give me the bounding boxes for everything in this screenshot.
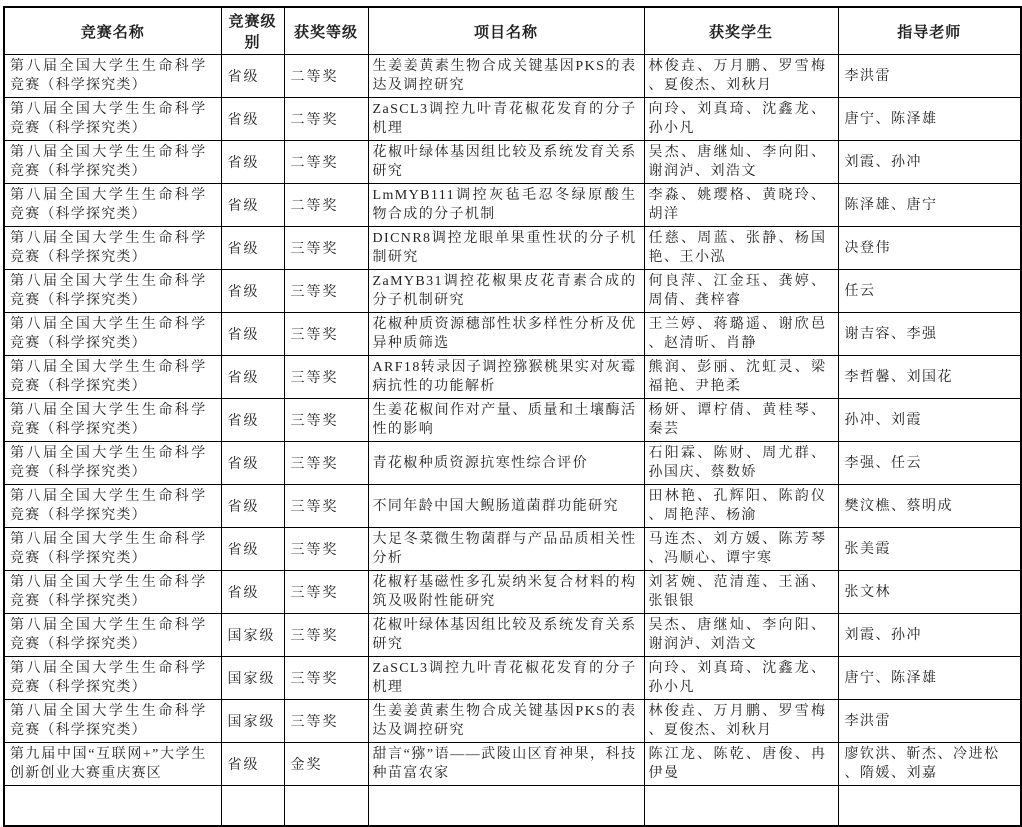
cell-teachers: 唐宁、陈泽雄 [838, 98, 1021, 141]
cell-project: ZaSCL3调控九叶青花椒花发育的分子机理 [368, 657, 644, 700]
cell-award: 三等奖 [284, 227, 368, 270]
cell-competition: 第八届全国大学生生命科学竞赛（科学探究类） [4, 442, 221, 485]
cell-level: 省级 [221, 98, 284, 141]
cell-students: 石阳霖、陈财、周尤群、孙国庆、蔡数娇 [644, 442, 838, 485]
column-header-award: 获奖等级 [284, 7, 368, 55]
cell-project: 不同年龄中国大鲵肠道菌群功能研究 [368, 485, 644, 528]
table-row: 第八届全国大学生生命科学竞赛（科学探究类）国家级三等奖生姜姜黄素生物合成关键基因… [4, 700, 1021, 728]
cell-level: 省级 [221, 184, 284, 227]
cell-students: 王兰婷、蒋璐遥、谢欣邑、赵清昕、肖静 [644, 313, 838, 356]
cell-students: 林俊垚、万月鹏、罗雪梅、夏俊杰、刘秋月 [644, 55, 838, 98]
table-row: 第八届全国大学生生命科学竞赛（科学探究类）省级三等奖青花椒种质资源抗寒性综合评价… [4, 442, 1021, 485]
table-row: 第八届全国大学生生命科学竞赛（科学探究类）省级三等奖不同年龄中国大鲵肠道菌群功能… [4, 485, 1021, 528]
cell-project: ZaSCL3调控九叶青花椒花发育的分子机理 [368, 98, 644, 141]
table-row: 第八届全国大学生生命科学竞赛（科学探究类）省级三等奖花椒种质资源穗部性状多样性分… [4, 313, 1021, 356]
cell-competition: 第八届全国大学生生命科学竞赛（科学探究类） [4, 356, 221, 399]
cell-award: 三等奖 [284, 485, 368, 528]
cell-competition: 第八届全国大学生生命科学竞赛（科学探究类） [4, 528, 221, 571]
cell-competition: 第八届全国大学生生命科学竞赛（科学探究类） [4, 614, 221, 657]
cell-award: 二等奖 [284, 55, 368, 98]
cell-level: 省级 [221, 485, 284, 528]
table-row: 第八届全国大学生生命科学竞赛（科学探究类）省级二等奖生姜姜黄素生物合成关键基因P… [4, 55, 1021, 98]
cell-project: 花椒籽基磁性多孔炭纳米复合材料的构筑及吸附性能研究 [368, 571, 644, 614]
table-header-row: 竞赛名称 竞赛级别 获奖等级 项目名称 获奖学生 指导老师 [4, 7, 1021, 55]
cell-level: 省级 [221, 571, 284, 614]
table-row: 第八届全国大学生生命科学竞赛（科学探究类）省级三等奖花椒籽基磁性多孔炭纳米复合材… [4, 571, 1021, 614]
cell-project: 花椒叶绿体基因组比较及系统发育关系研究 [368, 614, 644, 657]
cell-teachers: 决登伟 [838, 227, 1021, 270]
cell-students: 何良萍、江金珏、龚婷、周倩、龚梓睿 [644, 270, 838, 313]
table-row: 第八届全国大学生生命科学竞赛（科学探究类）国家级三等奖ZaSCL3调控九叶青花椒… [4, 657, 1021, 700]
cell-award: 三等奖 [284, 270, 368, 313]
cell-teachers: 李哲馨、刘国花 [838, 356, 1021, 399]
cell-award: 三等奖 [284, 356, 368, 399]
cell-project: 花椒叶绿体基因组比较及系统发育关系研究 [368, 141, 644, 184]
cell-award: 二等奖 [284, 141, 368, 184]
cell-teachers: 张文林 [838, 571, 1021, 614]
cell-teachers: 刘霞、孙冲 [838, 614, 1021, 657]
cell-award: 三等奖 [284, 700, 368, 728]
column-header-level: 竞赛级别 [221, 7, 284, 55]
cell-award: 三等奖 [284, 571, 368, 614]
cell-teachers: 李洪雷 [838, 55, 1021, 98]
cell-award: 二等奖 [284, 184, 368, 227]
cell-level: 省级 [221, 528, 284, 571]
cell-students: 吴杰、唐继灿、李向阳、谢润泸、刘浩文 [644, 614, 838, 657]
column-header-teachers: 指导老师 [838, 7, 1021, 55]
table-row: 第八届全国大学生生命科学竞赛（科学探究类）省级三等奖DICNR8调控龙眼单果重性… [4, 227, 1021, 270]
cell-teachers: 张美霞 [838, 528, 1021, 571]
cell-teachers: 任云 [838, 270, 1021, 313]
cell-award: 三等奖 [284, 528, 368, 571]
cell-competition: 第八届全国大学生生命科学竞赛（科学探究类） [4, 399, 221, 442]
cell-students: 刘茗婉、范清莲、王涵、张银银 [644, 571, 838, 614]
cell-teachers: 樊汶樵、蔡明成 [838, 485, 1021, 528]
cell-students: 林俊垚、万月鹏、罗雪梅、夏俊杰、刘秋月 [644, 700, 838, 728]
cell-teachers: 陈泽雄、唐宁 [838, 184, 1021, 227]
cell-students: 杨妍、谭柠倩、黄桂琴、秦芸 [644, 399, 838, 442]
cell-award: 三等奖 [284, 657, 368, 700]
cell-level: 省级 [221, 141, 284, 184]
cell-project: DICNR8调控龙眼单果重性状的分子机制研究 [368, 227, 644, 270]
table-row: 第八届全国大学生生命科学竞赛（科学探究类）省级三等奖生姜花椒间作对产量、质量和土… [4, 399, 1021, 442]
cell-project: 青花椒种质资源抗寒性综合评价 [368, 442, 644, 485]
cell-competition: 第八届全国大学生生命科学竞赛（科学探究类） [4, 485, 221, 528]
table-body: 第八届全国大学生生命科学竞赛（科学探究类）省级二等奖生姜姜黄素生物合成关键基因P… [4, 55, 1021, 728]
table-row: 第八届全国大学生生命科学竞赛（科学探究类）省级三等奖大足冬菜微生物菌群与产品品质… [4, 528, 1021, 571]
awards-table: 竞赛名称 竞赛级别 获奖等级 项目名称 获奖学生 指导老师 第八届全国大学生生命… [3, 6, 1022, 727]
table-row: 第八届全国大学生生命科学竞赛（科学探究类）省级三等奖ARF18转录因子调控猕猴桃… [4, 356, 1021, 399]
cell-award: 三等奖 [284, 614, 368, 657]
cell-students: 田林艳、孔辉阳、陈韵仪、周艳萍、杨渝 [644, 485, 838, 528]
cell-competition: 第八届全国大学生生命科学竞赛（科学探究类） [4, 141, 221, 184]
cell-teachers: 李洪雷 [838, 700, 1021, 728]
cell-competition: 第八届全国大学生生命科学竞赛（科学探究类） [4, 313, 221, 356]
table-row: 第八届全国大学生生命科学竞赛（科学探究类）省级二等奖LmMYB111调控灰毡毛忍… [4, 184, 1021, 227]
cell-teachers: 孙冲、刘霞 [838, 399, 1021, 442]
cell-project: 生姜花椒间作对产量、质量和土壤酶活性的影响 [368, 399, 644, 442]
cell-teachers: 谢吉容、李强 [838, 313, 1021, 356]
cell-competition: 第八届全国大学生生命科学竞赛（科学探究类） [4, 700, 221, 728]
cell-students: 马连杰、刘方媛、陈芳琴、冯顺心、谭宇寒 [644, 528, 838, 571]
table-row: 第八届全国大学生生命科学竞赛（科学探究类）省级二等奖花椒叶绿体基因组比较及系统发… [4, 141, 1021, 184]
cell-level: 国家级 [221, 700, 284, 728]
table-row: 第八届全国大学生生命科学竞赛（科学探究类）国家级三等奖花椒叶绿体基因组比较及系统… [4, 614, 1021, 657]
cell-students: 吴杰、唐继灿、李向阳、谢润泸、刘浩文 [644, 141, 838, 184]
column-header-project: 项目名称 [368, 7, 644, 55]
cell-competition: 第八届全国大学生生命科学竞赛（科学探究类） [4, 55, 221, 98]
cell-level: 省级 [221, 227, 284, 270]
cell-students: 李淼、姚璎格、黄晓玲、胡洋 [644, 184, 838, 227]
cell-level: 省级 [221, 313, 284, 356]
cell-level: 国家级 [221, 657, 284, 700]
cell-project: LmMYB111调控灰毡毛忍冬绿原酸生物合成的分子机制 [368, 184, 644, 227]
cell-students: 任慈、周蓝、张静、杨国艳、王小泓 [644, 227, 838, 270]
cell-project: ZaMYB31调控花椒果皮花青素合成的分子机制研究 [368, 270, 644, 313]
cell-competition: 第八届全国大学生生命科学竞赛（科学探究类） [4, 184, 221, 227]
cell-level: 省级 [221, 442, 284, 485]
cell-competition: 第八届全国大学生生命科学竞赛（科学探究类） [4, 571, 221, 614]
cell-level: 国家级 [221, 614, 284, 657]
column-header-students: 获奖学生 [644, 7, 838, 55]
column-header-competition: 竞赛名称 [4, 7, 221, 55]
cell-competition: 第八届全国大学生生命科学竞赛（科学探究类） [4, 270, 221, 313]
cell-teachers: 刘霞、孙冲 [838, 141, 1021, 184]
cell-project: 花椒种质资源穗部性状多样性分析及优异种质筛选 [368, 313, 644, 356]
cell-project: 生姜姜黄素生物合成关键基因PKS的表达及调控研究 [368, 55, 644, 98]
cell-teachers: 李强、任云 [838, 442, 1021, 485]
table-row: 第八届全国大学生生命科学竞赛（科学探究类）省级二等奖ZaSCL3调控九叶青花椒花… [4, 98, 1021, 141]
cell-award: 三等奖 [284, 399, 368, 442]
cell-award: 二等奖 [284, 98, 368, 141]
cell-level: 省级 [221, 399, 284, 442]
cell-competition: 第八届全国大学生生命科学竞赛（科学探究类） [4, 98, 221, 141]
cell-level: 省级 [221, 55, 284, 98]
table-row: 第八届全国大学生生命科学竞赛（科学探究类）省级三等奖ZaMYB31调控花椒果皮花… [4, 270, 1021, 313]
cell-award: 三等奖 [284, 442, 368, 485]
cell-award: 三等奖 [284, 313, 368, 356]
cell-teachers: 唐宁、陈泽雄 [838, 657, 1021, 700]
cell-project: ARF18转录因子调控猕猴桃果实对灰霉病抗性的功能解析 [368, 356, 644, 399]
cell-competition: 第八届全国大学生生命科学竞赛（科学探究类） [4, 657, 221, 700]
cell-competition: 第八届全国大学生生命科学竞赛（科学探究类） [4, 227, 221, 270]
cell-students: 熊润、彭丽、沈虹灵、梁福艳、尹艳柔 [644, 356, 838, 399]
cell-project: 大足冬菜微生物菌群与产品品质相关性分析 [368, 528, 644, 571]
cell-level: 省级 [221, 270, 284, 313]
cell-level: 省级 [221, 356, 284, 399]
cell-students: 向玲、刘真琦、沈鑫龙、孙小凡 [644, 657, 838, 700]
cell-project: 生姜姜黄素生物合成关键基因PKS的表达及调控研究 [368, 700, 644, 728]
cell-students: 向玲、刘真琦、沈鑫龙、孙小凡 [644, 98, 838, 141]
